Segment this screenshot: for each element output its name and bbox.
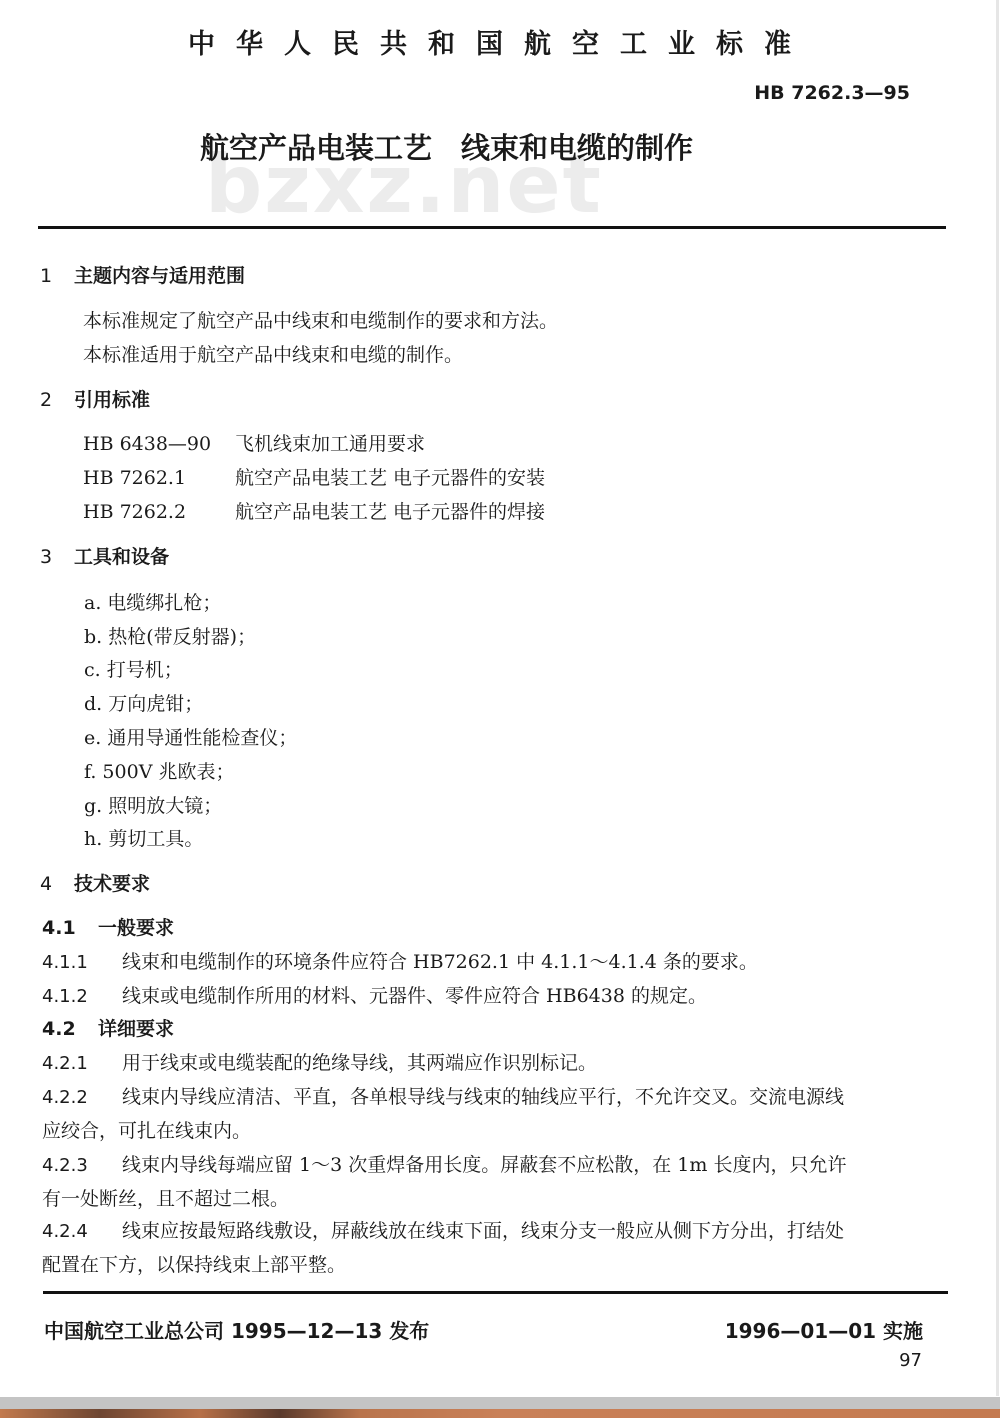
clause-4-1-1: 4.1.1线束和电缆制作的环境条件应符合 HB7262.1 中 4.1.1～4.… [42, 947, 758, 974]
reference-item: HB 7262.1航空产品电装工艺 电子元器件的安装 [83, 463, 545, 490]
clause-4-2-1: 4.2.1用于线束或电缆装配的绝缘导线，其两端应作识别标记。 [42, 1048, 597, 1075]
clause-text: 用于线束或电缆装配的绝缘导线，其两端应作识别标记。 [122, 1052, 597, 1074]
tool-item: c. 打号机； [84, 655, 183, 682]
reference-item: HB 6438—90飞机线束加工通用要求 [83, 429, 425, 456]
reference-code: HB 7262.1 [83, 467, 235, 489]
clause-continuation: 配置在下方，以保持线束上部平整。 [42, 1250, 346, 1277]
document-page: 中华人民共和国航空工业标准 HB 7262.3—95 bzxz.net 航空产品… [0, 0, 999, 1396]
clause-text: 线束和电缆制作的环境条件应符合 HB7262.1 中 4.1.1～4.1.4 条… [122, 951, 758, 973]
tool-item: f. 500V 兆欧表； [84, 757, 234, 784]
clause-4-2-4: 4.2.4线束应按最短路线敷设，屏蔽线放在线束下面，线束分支一般应从侧下方分出，… [42, 1216, 844, 1243]
section-4-heading: 4技术要求 [40, 869, 150, 896]
clause-number: 4.2.1 [42, 1053, 122, 1074]
reference-item: HB 7262.2航空产品电装工艺 电子元器件的焊接 [83, 497, 545, 524]
subsection-title: 详细要求 [98, 1018, 174, 1040]
clause-text: 线束应按最短路线敷设，屏蔽线放在线束下面，线束分支一般应从侧下方分出，打结处 [122, 1220, 844, 1242]
subsection-title: 一般要求 [98, 917, 174, 939]
section-1-heading: 1主题内容与适用范围 [40, 261, 245, 288]
standard-type-header: 中华人民共和国航空工业标准 [0, 22, 990, 61]
clause-text: 线束内导线每端应留 1～3 次重焊备用长度。屏蔽套不应松散，在 1m 长度内，只… [122, 1154, 846, 1176]
clause-number: 4.2.3 [42, 1155, 122, 1176]
tool-item: a. 电缆绑扎枪； [84, 588, 221, 615]
section-title: 引用标准 [74, 389, 150, 411]
clause-number: 4.2.4 [42, 1221, 122, 1242]
document-title: 航空产品电装工艺 线束和电缆的制作 [200, 126, 693, 167]
clause-text: 线束内导线应清洁、平直，各单根导线与线束的轴线应平行，不允许交叉。交流电源线 [122, 1086, 844, 1108]
subsection-4-2-heading: 4.2详细要求 [42, 1014, 174, 1041]
tool-item: b. 热枪(带反射器)； [84, 622, 256, 649]
clause-continuation: 应绞合，可扎在线束内。 [42, 1116, 251, 1143]
desktop-background-strip [0, 1409, 1000, 1418]
reference-name: 航空产品电装工艺 电子元器件的安装 [235, 467, 545, 489]
clause-number: 4.1.2 [42, 986, 122, 1007]
section-title: 技术要求 [74, 873, 150, 895]
footer-divider [43, 1291, 948, 1294]
section-2-heading: 2引用标准 [40, 385, 150, 412]
clause-number: 4.2.2 [42, 1087, 122, 1108]
clause-text: 线束或电缆制作所用的材料、元器件、零件应符合 HB6438 的规定。 [122, 985, 707, 1007]
tool-item: h. 剪切工具。 [84, 824, 203, 851]
tool-item: d. 万向虎钳； [84, 689, 203, 716]
clause-4-2-2: 4.2.2线束内导线应清洁、平直，各单根导线与线束的轴线应平行，不允许交叉。交流… [42, 1082, 844, 1109]
effective-date: 1996—01—01 实施 [725, 1315, 923, 1344]
tool-item: g. 照明放大镜； [84, 791, 222, 818]
section-title: 主题内容与适用范围 [74, 265, 245, 287]
subsection-4-1-heading: 4.1一般要求 [42, 913, 174, 940]
standard-code: HB 7262.3—95 [754, 82, 910, 104]
clause-4-1-2: 4.1.2线束或电缆制作所用的材料、元器件、零件应符合 HB6438 的规定。 [42, 981, 707, 1008]
subsection-number: 4.2 [42, 1018, 98, 1040]
clause-4-2-3: 4.2.3线束内导线每端应留 1～3 次重焊备用长度。屏蔽套不应松散，在 1m … [42, 1150, 846, 1177]
issuer-line: 中国航空工业总公司 1995—12—13 发布 [44, 1315, 429, 1344]
paragraph: 本标准适用于航空产品中线束和电缆的制作。 [83, 340, 463, 367]
clause-number: 4.1.1 [42, 952, 122, 973]
section-number: 2 [40, 389, 74, 411]
section-number: 4 [40, 873, 74, 895]
reference-code: HB 6438—90 [83, 433, 235, 455]
tool-item: e. 通用导通性能检查仪； [84, 723, 297, 750]
paragraph: 本标准规定了航空产品中线束和电缆制作的要求和方法。 [83, 306, 558, 333]
clause-continuation: 有一处断丝，且不超过二根。 [42, 1184, 289, 1211]
header-divider [38, 226, 946, 229]
reference-name: 航空产品电装工艺 电子元器件的焊接 [235, 501, 545, 523]
section-number: 3 [40, 546, 74, 568]
subsection-number: 4.1 [42, 917, 98, 939]
reference-name: 飞机线束加工通用要求 [235, 433, 425, 455]
section-3-heading: 3工具和设备 [40, 542, 169, 569]
section-number: 1 [40, 265, 74, 287]
reference-code: HB 7262.2 [83, 501, 235, 523]
page-number: 97 [899, 1350, 922, 1371]
section-title: 工具和设备 [74, 546, 169, 568]
viewer-bottom-bar [0, 1397, 1000, 1409]
